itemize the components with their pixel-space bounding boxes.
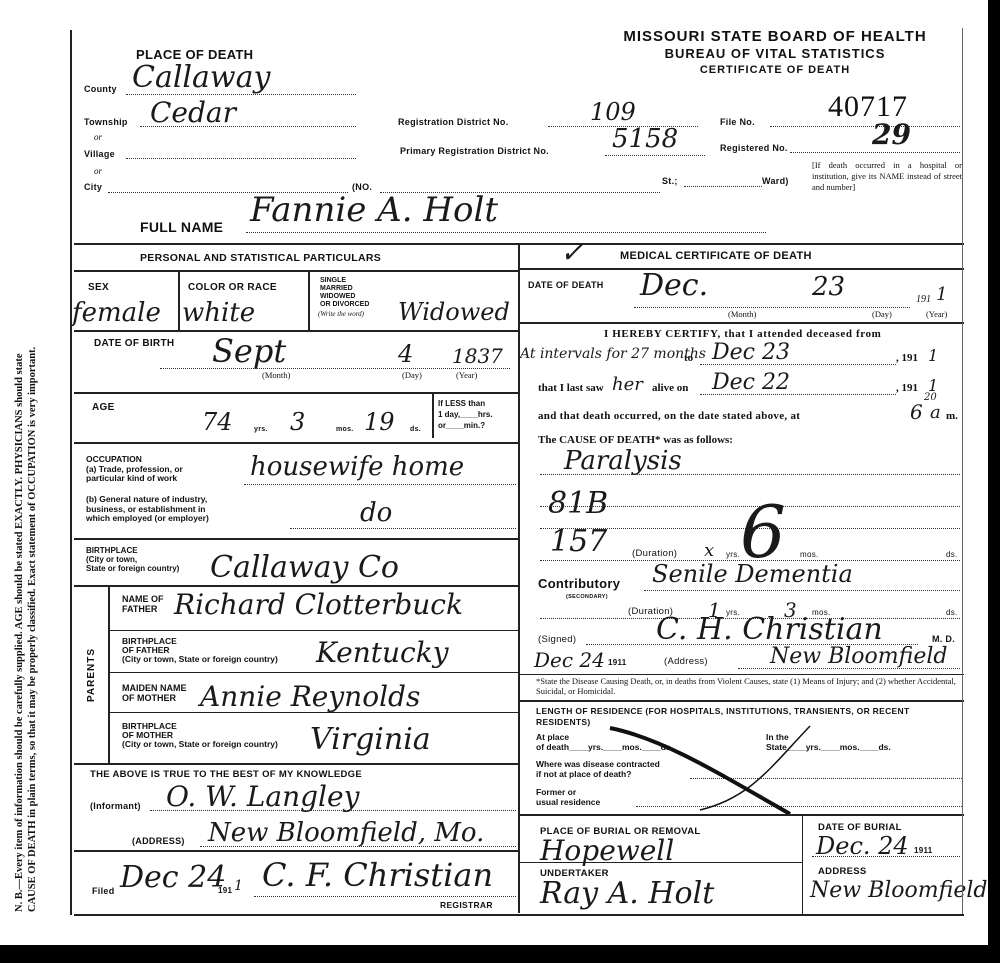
- or-label: or: [94, 132, 102, 142]
- birthplace-label: BIRTHPLACE (City or town, State or forei…: [86, 546, 179, 573]
- dod-month-hint: (Month): [728, 309, 756, 319]
- father-name-label: NAME OF FATHER: [122, 594, 164, 614]
- form-title: CERTIFICATE OF DEATH: [580, 64, 970, 76]
- meridiem-m: m.: [946, 410, 958, 422]
- last-saw-year-prefix: , 191: [896, 382, 918, 394]
- registration-district-label: Registration District No.: [398, 117, 509, 127]
- father-birthplace-value: Kentucky: [316, 636, 449, 669]
- informant-label: (Informant): [90, 801, 141, 811]
- dod-month: Dec.: [640, 268, 708, 303]
- attended-to-label: to: [684, 352, 693, 364]
- left-margin-rule: [70, 30, 72, 915]
- marital-status-value: Widowed: [398, 298, 510, 326]
- contributory-days-unit: ds.: [946, 608, 958, 617]
- attended-year: 1: [928, 346, 938, 365]
- ward-label: Ward): [762, 176, 789, 186]
- last-saw-label: that I last saw: [538, 382, 604, 394]
- dod-year-hint: (Year): [926, 309, 947, 319]
- day-hint: (Day): [402, 370, 422, 380]
- signed-year: 1911: [608, 658, 627, 667]
- dob-year: 1837: [452, 344, 503, 368]
- medical-heading: MEDICAL CERTIFICATE OF DEATH: [620, 250, 812, 262]
- dod-label: DATE OF DEATH: [528, 280, 604, 290]
- md-label: M. D.: [932, 634, 955, 644]
- primary-district-label: Primary Registration District No.: [400, 146, 549, 156]
- registered-number-label: Registered No.: [720, 143, 788, 153]
- township-label: Township: [84, 117, 128, 127]
- contributory-value: Senile Dementia: [652, 560, 853, 588]
- marital-options: SINGLE MARRIED WIDOWED OR DIVORCED: [320, 277, 369, 309]
- last-saw-date: Dec 22: [712, 370, 790, 395]
- street-label: St.;: [662, 176, 678, 186]
- death-certificate: N. B.—Every item of information should b…: [0, 0, 988, 945]
- registrar-signature: C. F. Christian: [262, 856, 493, 894]
- dob-month: Sept: [212, 332, 286, 370]
- death-meridiem: a: [930, 402, 941, 423]
- occupation-value: housewife home: [250, 452, 464, 482]
- marital-hint: (Write the word): [318, 310, 364, 318]
- full-name-value: Fannie A. Holt: [250, 190, 498, 230]
- primary-district-value: 5158: [612, 124, 678, 154]
- cause-value: Paralysis: [564, 446, 682, 476]
- age-years-unit: yrs.: [254, 426, 268, 433]
- race-label: COLOR OR RACE: [188, 282, 277, 293]
- burial-year: 1911: [914, 846, 933, 855]
- undertaker-value: Ray A. Holt: [540, 876, 714, 911]
- physician-address-value: New Bloomfield: [770, 644, 947, 669]
- physician-address-label: (Address): [664, 656, 708, 667]
- duration-years-unit: yrs.: [726, 550, 740, 559]
- mother-birthplace-value: Virginia: [310, 722, 431, 757]
- sex-label: SEX: [88, 282, 109, 293]
- undertaker-address-label: ADDRESS: [818, 866, 867, 877]
- or-label: or: [94, 166, 102, 176]
- duration-months-unit: mos.: [800, 550, 819, 559]
- father-birthplace-label: BIRTHPLACE OF FATHER (City or town, Stat…: [122, 637, 278, 664]
- dod-day: 23: [812, 272, 845, 302]
- contributory-label: Contributory: [538, 576, 620, 591]
- duration-years: x: [704, 540, 714, 561]
- undertaker-address-value: New Bloomfield: [810, 878, 987, 903]
- dob-label: DATE OF BIRTH: [94, 338, 174, 349]
- filed-label: Filed: [92, 886, 115, 896]
- cause-code-1: 81B: [548, 486, 608, 521]
- father-name-value: Richard Clotterbuck: [174, 588, 463, 621]
- age-days-unit: ds.: [410, 426, 421, 433]
- registration-district-value: 109: [590, 98, 636, 126]
- filed-year: 1: [234, 878, 243, 894]
- file-number-label: File No.: [720, 117, 755, 127]
- cause-footnote: *State the Disease Causing Death, or, in…: [536, 676, 966, 696]
- margin-note-line-2: CAUSE OF DEATH in plain terms, so that i…: [27, 347, 38, 912]
- bureau-title: BUREAU OF VITAL STATISTICS: [580, 46, 970, 61]
- age-months-unit: mos.: [336, 426, 354, 433]
- township-value: Cedar: [150, 96, 236, 129]
- occurred-text: and that death occurred, on the date sta…: [538, 410, 800, 422]
- less-than-day-label: If LESS than 1 day,____hrs. or____min.?: [438, 398, 493, 431]
- board-title: MISSOURI STATE BOARD OF HEALTH: [580, 28, 970, 45]
- duration-label: (Duration): [632, 548, 677, 559]
- race-value: white: [182, 298, 255, 328]
- dod-day-hint: (Day): [872, 309, 892, 319]
- mother-name-label: MAIDEN NAME OF MOTHER: [122, 683, 187, 703]
- county-value: Callaway: [132, 60, 270, 95]
- industry-value: do: [360, 498, 392, 528]
- sex-value: female: [72, 298, 161, 328]
- residence-cross-out: [590, 718, 850, 818]
- informant-address-value: New Bloomfield, Mo.: [208, 818, 484, 848]
- certify-text: I HEREBY CERTIFY, that I attended deceas…: [604, 328, 881, 340]
- duration-days-unit: ds.: [946, 550, 958, 559]
- true-statement: THE ABOVE IS TRUE TO THE BEST OF MY KNOW…: [90, 769, 362, 780]
- parents-label: PARENTS: [86, 648, 97, 702]
- age-label: AGE: [92, 402, 115, 413]
- village-label: Village: [84, 149, 115, 159]
- physician-signature: C. H. Christian: [656, 612, 883, 647]
- personal-heading: PERSONAL AND STATISTICAL PARTICULARS: [140, 252, 381, 264]
- county-label: County: [84, 84, 117, 94]
- city-label: City: [84, 182, 102, 192]
- alive-on-label: alive on: [652, 382, 688, 394]
- signed-label: (Signed): [538, 634, 576, 645]
- check-mark: ✓: [560, 236, 583, 269]
- last-saw-pronoun: her: [612, 374, 643, 395]
- cause-code-2: 157: [550, 524, 607, 559]
- attended-from: At intervals for 27 months: [520, 346, 706, 362]
- industry-label: (b) General nature of industry, business…: [86, 495, 209, 524]
- age-months: 3: [290, 408, 305, 436]
- mother-name-value: Annie Reynolds: [200, 680, 420, 713]
- mother-birthplace-label: BIRTHPLACE OF MOTHER (City or town, Stat…: [122, 722, 278, 749]
- hospital-note: [If death occurred in a hospital or inst…: [812, 160, 962, 193]
- secondary-hint: (SECONDARY): [566, 594, 608, 600]
- cause-label: The CAUSE OF DEATH* was as follows:: [538, 434, 733, 446]
- age-days: 19: [364, 408, 395, 436]
- filed-year-prefix: 191: [218, 886, 232, 895]
- month-hint: (Month): [262, 370, 290, 380]
- dod-year-prefix: 191: [916, 294, 931, 305]
- signed-date: Dec 24: [534, 648, 605, 672]
- informant-address-label: (ADDRESS): [132, 836, 185, 846]
- registrar-label: REGISTRAR: [440, 900, 493, 910]
- attended-to: Dec 23: [712, 340, 790, 365]
- birthplace-value: Callaway Co: [210, 550, 399, 585]
- attended-year-prefix: , 191: [896, 352, 918, 364]
- dob-day: 4: [398, 340, 413, 368]
- dod-year: 1: [936, 284, 947, 305]
- occupation-label: OCCUPATION (a) Trade, profession, or par…: [86, 455, 183, 484]
- year-hint: (Year): [456, 370, 477, 380]
- age-years: 74: [202, 408, 233, 436]
- registered-number-value: 29: [872, 118, 911, 151]
- margin-note-line-1: N. B.—Every item of information should b…: [14, 353, 25, 912]
- informant-value: O. W. Langley: [166, 780, 359, 813]
- full-name-label: FULL NAME: [140, 219, 223, 235]
- filed-date: Dec 24: [120, 860, 226, 895]
- death-time: 6: [910, 400, 923, 424]
